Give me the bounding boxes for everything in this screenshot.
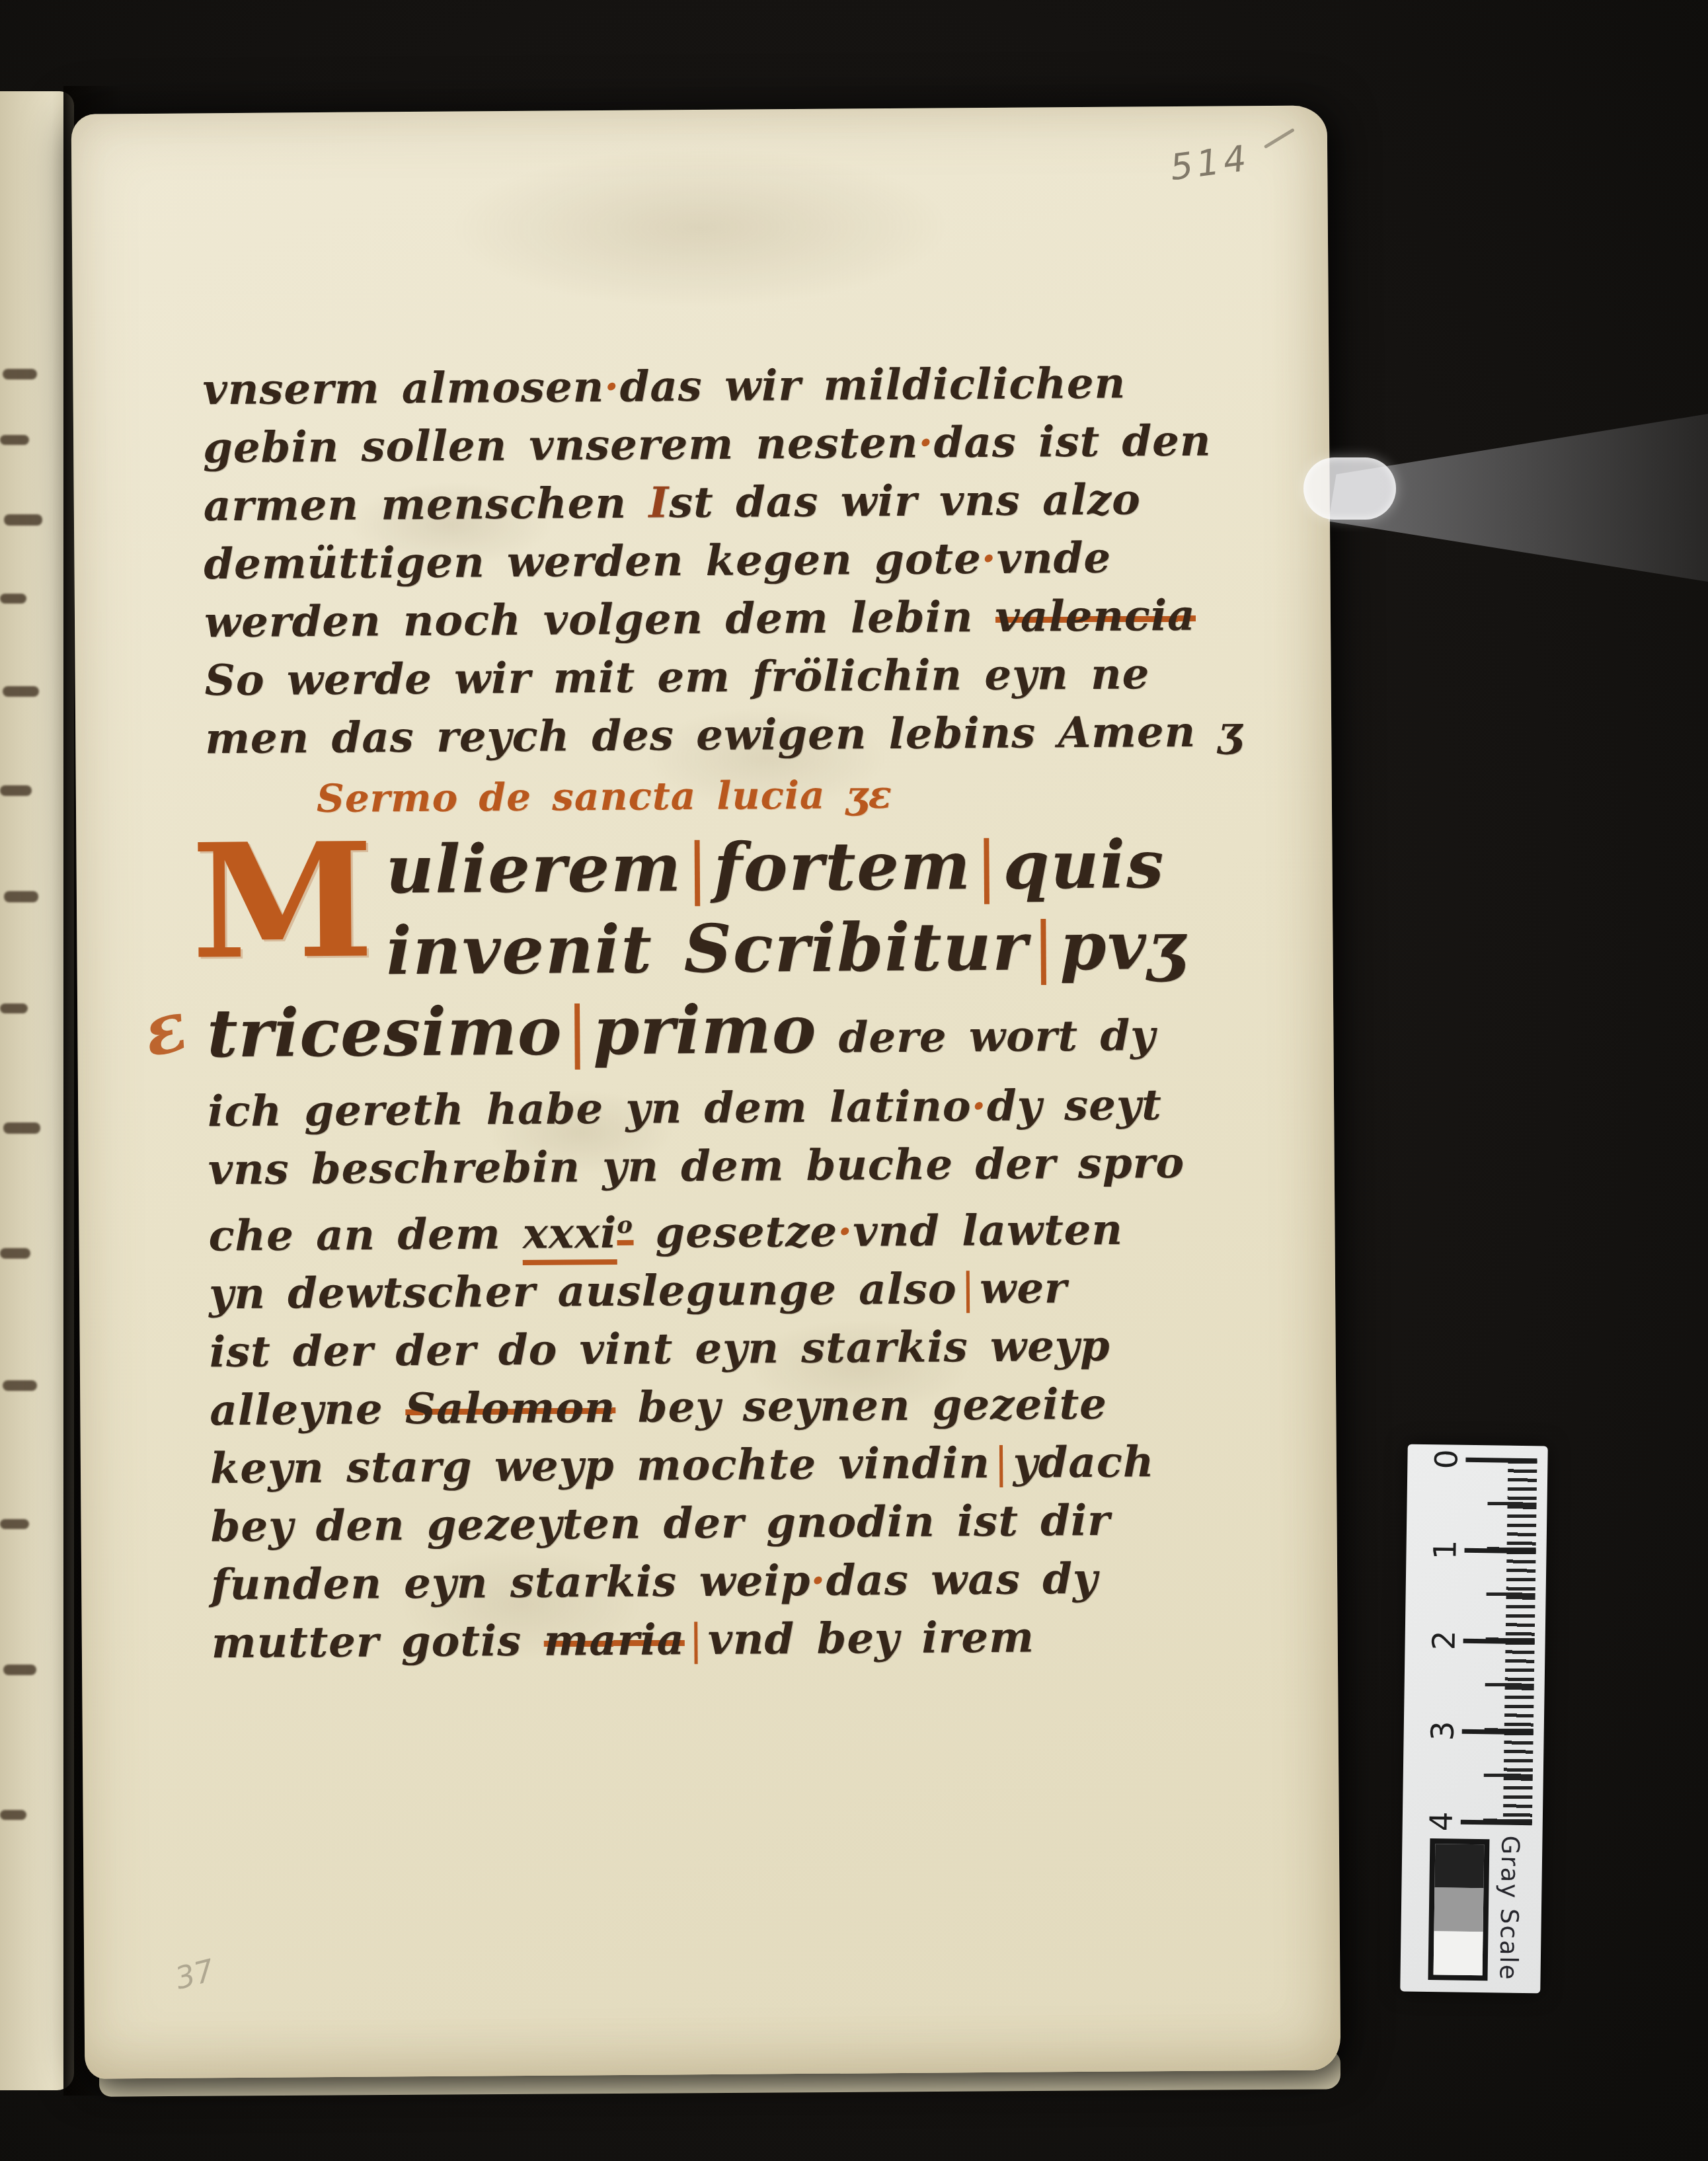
ruler-cm-tick xyxy=(1465,1458,1537,1464)
ruler: 01234 xyxy=(1403,1444,1548,1828)
ruler-number: 3 xyxy=(1420,1709,1465,1753)
cutoff-text-fragment xyxy=(0,1810,26,1820)
text-segment: bey seynen gezeite xyxy=(615,1380,1107,1433)
text-segment: das wir mildiclichen xyxy=(619,359,1126,412)
text-segment: · xyxy=(837,1207,853,1257)
text-segment: wer xyxy=(980,1264,1067,1314)
folio-number-pencil: 514 xyxy=(1168,137,1253,188)
text-line: tricesimo|primo dere wort dy xyxy=(207,986,1212,1083)
text-segment: werden noch volgen dem lebin xyxy=(204,592,995,647)
gray-scale-swatch xyxy=(1434,1931,1483,1975)
text-segment: | xyxy=(975,827,999,904)
text-line: men das reych des ewigen lebins Amen ʒ xyxy=(205,703,1210,769)
text-segment: quis xyxy=(1003,825,1165,904)
text-line: armen menschen Ist das wir vns alzo xyxy=(203,471,1208,536)
cutoff-text-fragment xyxy=(0,1248,30,1259)
text-segment: I xyxy=(648,478,669,528)
text-segment: · xyxy=(810,1556,826,1606)
cutoff-text-fragment xyxy=(4,891,38,902)
text-segment: maria xyxy=(543,1616,685,1666)
text-segment: o xyxy=(617,1212,633,1245)
manuscript-page: 514 37 M ɛ vnserm almosen·das wir mildic… xyxy=(71,105,1341,2078)
text-segment: ʒ xyxy=(1196,707,1243,756)
text-line: keyn starg weyp mochte vindin|ydach xyxy=(210,1433,1216,1499)
page-holder-tip xyxy=(1303,457,1396,520)
text-line: yn dewtscher auslegunge also|wer xyxy=(209,1259,1214,1324)
text-segment: fortem xyxy=(713,826,972,906)
text-segment: valencia xyxy=(995,591,1195,642)
decorated-initial: M xyxy=(191,823,375,982)
text-line: vns beschrebin yn dem buche der spro xyxy=(208,1134,1214,1200)
gray-scale-label: Gray Scale xyxy=(1494,1835,1524,1986)
cutoff-text-fragment xyxy=(3,1122,40,1134)
text-segment: armen menschen xyxy=(204,479,649,531)
text-segment: ist der der do vint eyn starkis weyp xyxy=(209,1321,1110,1378)
text-segment: yn dewtscher auslegunge also xyxy=(209,1265,957,1319)
text-segment: che an dem xyxy=(208,1209,523,1261)
text-segment: ʒɛ xyxy=(825,772,892,818)
gray-scale-swatches xyxy=(1428,1838,1489,1981)
text-segment: | xyxy=(960,1265,976,1314)
text-segment: men das reych des ewigen lebins Amen xyxy=(205,707,1196,764)
text-line: funden eyn starkis weip·das was dy xyxy=(211,1550,1216,1615)
text-segment: ulierem xyxy=(385,828,682,908)
text-segment: gebin sollen vnserem nesten xyxy=(203,418,919,473)
text-line: ich gereth habe yn dem latino·dy seyt xyxy=(208,1076,1213,1142)
text-segment: vnserm almosen xyxy=(202,362,604,414)
text-segment: tricesimo xyxy=(207,992,563,1073)
text-line: ist der der do vint eyn starkis weyp xyxy=(209,1317,1214,1382)
text-segment: keyn starg weyp mochte vindin xyxy=(210,1438,990,1493)
ruler-cm-tick xyxy=(1463,1639,1535,1645)
text-segment: mutter gotis xyxy=(212,1616,544,1669)
text-segment: das ist den xyxy=(933,416,1211,468)
text-line: alleyne Salomon bey seynen gezeite xyxy=(210,1375,1215,1440)
text-segment: xxxi xyxy=(522,1208,617,1265)
cutoff-text-fragment xyxy=(4,514,42,526)
text-segment: das was dy xyxy=(826,1554,1098,1606)
text-segment: ich gereth habe yn dem latino xyxy=(208,1081,972,1136)
cutoff-text-fragment xyxy=(3,1380,37,1391)
cutoff-text-fragment xyxy=(0,1519,29,1529)
gray-scale-swatch xyxy=(1434,1887,1484,1932)
text-segment: Sermo de sancta lucia xyxy=(317,773,826,821)
text-segment: gesetze xyxy=(633,1207,838,1258)
text-segment: demüttigen werden kegen gote xyxy=(204,534,982,589)
cutoff-text-fragment xyxy=(0,435,29,445)
text-segment: · xyxy=(971,1081,987,1131)
text-segment: · xyxy=(604,362,620,412)
gray-scale-swatch xyxy=(1434,1844,1484,1888)
text-segment: bey den gezeyten der gnodin ist dir xyxy=(210,1496,1110,1552)
text-line: So werde wir mit em frölichin eyn ne xyxy=(204,645,1210,711)
photo-background: 514 37 M ɛ vnserm almosen·das wir mildic… xyxy=(0,0,1708,2161)
text-line: che an dem xxxio gesetze·vnd lawten xyxy=(208,1193,1214,1266)
ruler-number: 1 xyxy=(1423,1528,1467,1572)
text-line: demüttigen werden kegen gote·vnde xyxy=(204,529,1209,594)
text-segment: So werde wir mit em frölichin eyn ne xyxy=(204,649,1149,705)
text-segment: vnd bey irem xyxy=(707,1613,1034,1665)
cutoff-text-fragment xyxy=(3,369,37,379)
text-segment: pv xyxy=(1060,906,1147,985)
gray-scale: Gray Scale xyxy=(1400,1827,1542,1994)
text-line: vnserm almosen·das wir mildiclichen xyxy=(202,354,1208,420)
ruler-cm-tick xyxy=(1465,1548,1536,1554)
text-segment: invenit Scribitur xyxy=(386,908,1029,990)
ruler-number: 2 xyxy=(1422,1618,1466,1663)
cutoff-text-fragment xyxy=(3,686,39,697)
text-segment: ydach xyxy=(1013,1438,1154,1488)
text-segment: primo xyxy=(593,990,817,1070)
text-segment: dy seyt xyxy=(987,1080,1162,1131)
text-line: gebin sollen vnserem nesten·das ist den xyxy=(203,413,1208,478)
text-line: werden noch volgen dem lebin valencia xyxy=(204,587,1210,652)
text-block: M ɛ vnserm almosen·das wir mildiclicheng… xyxy=(202,354,1216,1673)
text-line: mutter gotis maria|vnd bey irem xyxy=(212,1608,1217,1673)
cutoff-text-fragment xyxy=(0,785,32,796)
margin-flourish: ɛ xyxy=(134,984,195,1074)
text-segment: | xyxy=(686,829,711,906)
text-line: bey den gezeyten der gnodin ist dir xyxy=(210,1491,1216,1557)
text-segment: | xyxy=(689,1616,704,1665)
ruler-cm-tick xyxy=(1461,1820,1532,1826)
ruler-number: 0 xyxy=(1424,1437,1469,1481)
cutoff-text-fragment xyxy=(3,1665,36,1675)
text-segment: vnde xyxy=(997,533,1112,584)
text-segment: alleyne xyxy=(210,1385,405,1436)
cutoff-text-fragment xyxy=(0,594,26,604)
calibration-card: 01234 Gray Scale xyxy=(1400,1444,1548,1994)
text-segment: · xyxy=(918,418,934,468)
text-segment: | xyxy=(994,1439,1009,1488)
ruler-cm-tick xyxy=(1462,1729,1533,1735)
text-segment: ʒ xyxy=(1147,906,1186,984)
text-segment: | xyxy=(1032,908,1056,985)
text-segment: vnd lawten xyxy=(853,1205,1123,1257)
text-segment: Salomon xyxy=(405,1383,616,1434)
text-segment: funden eyn starkis weip xyxy=(211,1556,811,1610)
cutoff-text-fragment xyxy=(0,1003,28,1013)
text-segment: st das wir vns alzo xyxy=(669,475,1141,528)
text-segment: vns beschrebin yn dem buche der spro xyxy=(208,1138,1185,1195)
text-segment: dere wort dy xyxy=(816,1011,1155,1063)
text-segment: | xyxy=(566,992,590,1070)
text-segment: · xyxy=(981,534,997,584)
corner-number-pencil: 37 xyxy=(172,1952,218,1996)
